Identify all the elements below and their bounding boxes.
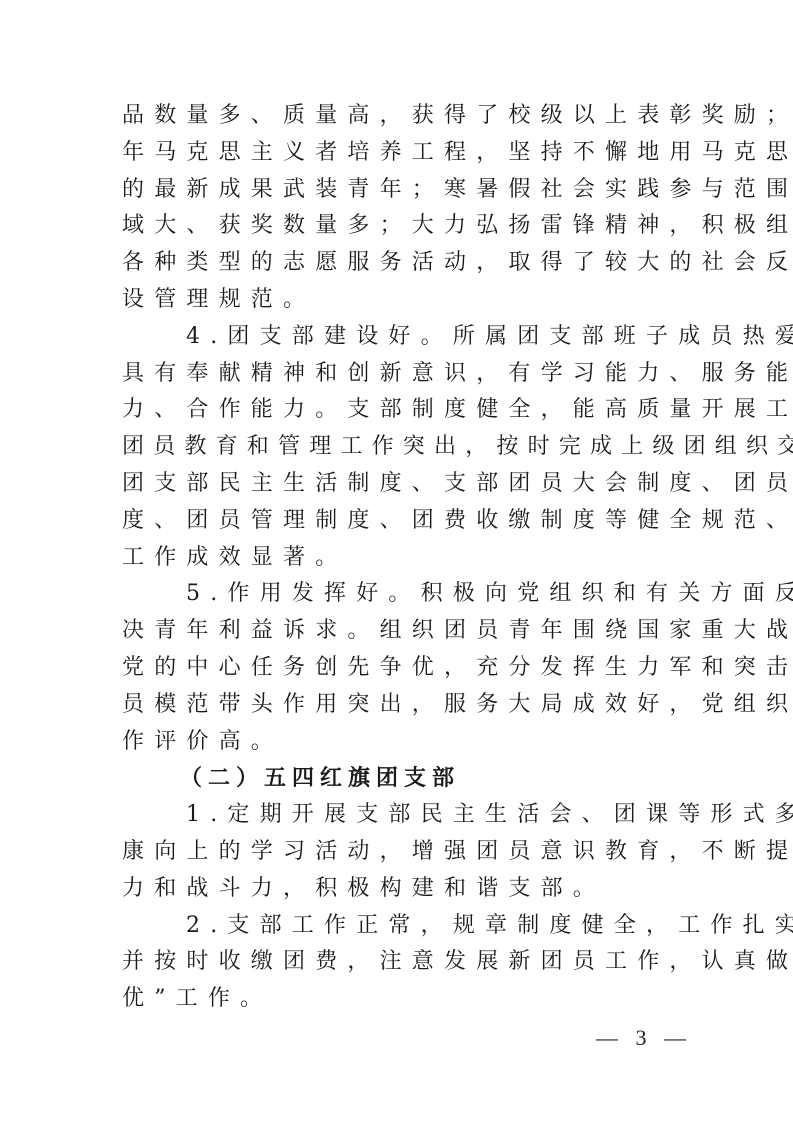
page-number: — 3 — [596,1025,692,1051]
text-line: 并按时收缴团费，注意发展新团员工作，认真做好各项“推 [122,944,682,981]
text-line: 具有奉献精神和创新意识，有学习能力、服务能力、凝聚能 [122,356,682,393]
paragraph-item-2: 2.支部工作正常，规章制度健全，工作扎实，能够积极 并按时收缴团费，注意发展新团… [122,908,682,1018]
text-line: 力和战斗力，积极构建和谐支部。 [122,871,682,908]
text-line: 力、合作能力。支部制度健全，能高质量开展工作和活动， [122,392,682,429]
text-line: 2.支部工作正常，规章制度健全，工作扎实，能够积极 [122,908,682,945]
text-line: 党的中心任务创先争优，充分发挥生力军和突击队作用，团 [122,650,682,687]
text-line: 4.团支部建设好。所属团支部班子成员热爱本职工作， [122,319,682,356]
text-line: 5.作用发挥好。积极向党组织和有关方面反映、推动解 [122,576,682,613]
text-line: 优”工作。 [122,981,682,1018]
paragraph-item-1: 1.定期开展支部民主生活会、团课等形式多样、内容健 康向上的学习活动，增强团员意… [122,797,682,907]
text-line: 度、团员管理制度、团费收缴制度等健全规范、实施有效， [122,503,682,540]
text-line: 品数量多、质量高，获得了校级以上表彰奖励；大力实施青 [122,98,682,135]
text-line: 决青年利益诉求。组织团员青年围绕国家重大战略、本单位 [122,613,682,650]
text-line: 1.定期开展支部民主生活会、团课等形式多样、内容健 [122,797,682,834]
text-line: 的最新成果武装青年；寒暑假社会实践参与范围广、影响领 [122,172,682,209]
text-line: 设管理规范。 [122,282,682,319]
paragraph-continuation: 品数量多、质量高，获得了校级以上表彰奖励；大力实施青 年马克思主义者培养工程，坚… [122,98,682,319]
text-line: 各种类型的志愿服务活动，取得了较大的社会反响；社团建 [122,245,682,282]
text-line: 团员教育和管理工作突出，按时完成上级团组织交办的任务。 [122,429,682,466]
paragraph-item-5: 5.作用发挥好。积极向党组织和有关方面反映、推动解 决青年利益诉求。组织团员青年… [122,576,682,760]
text-line: 员模范带头作用突出，服务大局成效好，党组织对共青团工 [122,687,682,724]
document-page: 品数量多、质量高，获得了校级以上表彰奖励；大力实施青 年马克思主义者培养工程，坚… [122,98,682,1018]
text-line: 康向上的学习活动，增强团员意识教育，不断提高支部凝聚 [122,834,682,871]
text-line: 团支部民主生活制度、支部团员大会制度、团员青年学习制 [122,466,682,503]
text-line: 域大、获奖数量多；大力弘扬雷锋精神，积极组织学生开展 [122,208,682,245]
text-line: 工作成效显著。 [122,540,682,577]
section-heading: （二）五四红旗团支部 [122,760,682,797]
paragraph-item-4: 4.团支部建设好。所属团支部班子成员热爱本职工作， 具有奉献精神和创新意识，有学… [122,319,682,577]
text-line: 作评价高。 [122,724,682,761]
text-line: 年马克思主义者培养工程，坚持不懈地用马克思主义中国化 [122,135,682,172]
